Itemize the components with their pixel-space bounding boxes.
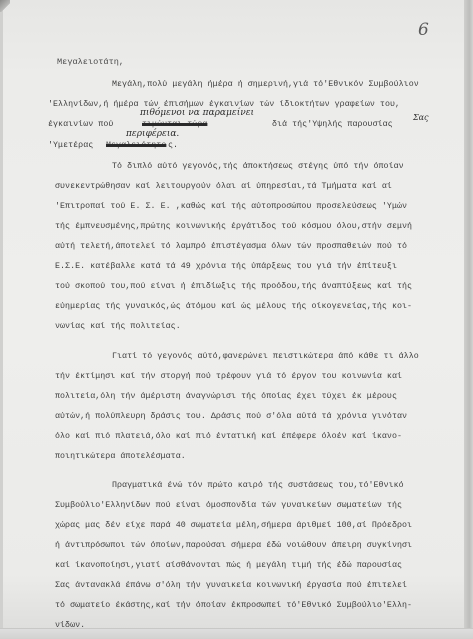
text-line: συνεκεντρώθησαν καί λειτουργούν όλαι αί … bbox=[55, 182, 392, 191]
text-line: αύτών,ή πολύπλευρη δράσις του. Δράσις πο… bbox=[55, 412, 407, 421]
text-line: Συμβούλιο'Ελληνίδων πού είναι όμοσπονδία… bbox=[55, 501, 402, 510]
text-line: διά τής'Υψηλής παρουσίας bbox=[272, 120, 393, 129]
scanned-document-page: 6 Μεγαλειοτάτη, Μεγάλη,πολύ μεγάλη ήμέρα… bbox=[0, 0, 473, 639]
text-line: όλο καί πιό πλατειά,όλο καί πιό έντατική… bbox=[55, 432, 402, 441]
text-line: Ε.Σ.Ε. κατέβαλλε κατά τά 49 χρόνια τής ύ… bbox=[55, 262, 397, 271]
text-line: Σας άντανακλά έπάνω σ'όλη τήν γυναικεία … bbox=[55, 581, 407, 590]
text-line: ή άντιπρόσωποι τών όποίων,παρούσαι σήμερ… bbox=[55, 541, 412, 550]
text-line: νωνίας καί τής πολιτείας. bbox=[55, 322, 181, 331]
text-line: πολιτεία,όλη τήν άμέριστη άναγνώρισι τής… bbox=[55, 392, 397, 401]
text-line: εύημερίας τής γυναικός,ώς άτόμου καί ώς … bbox=[55, 302, 412, 311]
text-line: τής έμπνευσμένης,πρώτης κοινωνικής έργάτ… bbox=[55, 222, 412, 231]
page-corner-mark bbox=[0, 0, 10, 12]
text-line: αύτή τελετή,άποτελεί τό λαμπρό έπιστέγασ… bbox=[55, 242, 407, 251]
text-line: Τό διπλό αύτό γεγονός,τής άποκτήσεως στέ… bbox=[112, 162, 404, 171]
handwritten-page-number: 6 bbox=[418, 20, 429, 40]
text-line: τήν έκτίμησι καί τήν στοργή πού τρέφουν … bbox=[55, 372, 402, 381]
page-bottom-edge bbox=[0, 628, 473, 639]
struck-text: τιμώνται τώρα bbox=[142, 120, 207, 129]
page-right-edge bbox=[464, 0, 473, 639]
struck-text: Μεγαλειότητο bbox=[106, 141, 166, 150]
text-line: χώρας μας δέν είχε παρά 40 σωματεία μέλη… bbox=[55, 521, 412, 530]
text-line: Μεγάλη,πολύ μεγάλη ήμέρα ή σημερινή,γιά … bbox=[112, 80, 419, 89]
text-line: καί ίκανοποίησι,γιατί αίσθάνονται πώς ή … bbox=[55, 561, 402, 570]
text-line: Γιατί τό γεγονός αύτό,φανερώνει πειστικώ… bbox=[112, 352, 419, 361]
text-line: Πραγματικά ένώ τόν πρώτο καιρό τής συστά… bbox=[112, 481, 404, 490]
handwritten-insertion: περιφέρεια. bbox=[126, 129, 179, 139]
text-line: ς. bbox=[168, 141, 178, 150]
text-line: 'Επιτροπαί τού Ε. Σ. Ε. ,καθώς καί τής α… bbox=[55, 202, 407, 211]
handwritten-insertion: πιθόμενοι να παραμείνει bbox=[140, 108, 254, 118]
salutation: Μεγαλειοτάτη, bbox=[57, 57, 124, 67]
text-line: 'Υμετέρας bbox=[48, 141, 93, 150]
handwritten-insertion: Σας bbox=[413, 113, 429, 122]
page-left-edge bbox=[0, 0, 3, 639]
text-line: ποιητικώτερα άποτελέσματα. bbox=[55, 452, 186, 461]
text-line: τού σκοπού του,πού είναι ή έπιδίωξις τής… bbox=[55, 282, 412, 291]
text-line: τό σωματείο έκάστης,καί τήν όποίαν έκπρο… bbox=[55, 601, 412, 610]
text-line: έγκαινίων πού bbox=[48, 120, 113, 129]
